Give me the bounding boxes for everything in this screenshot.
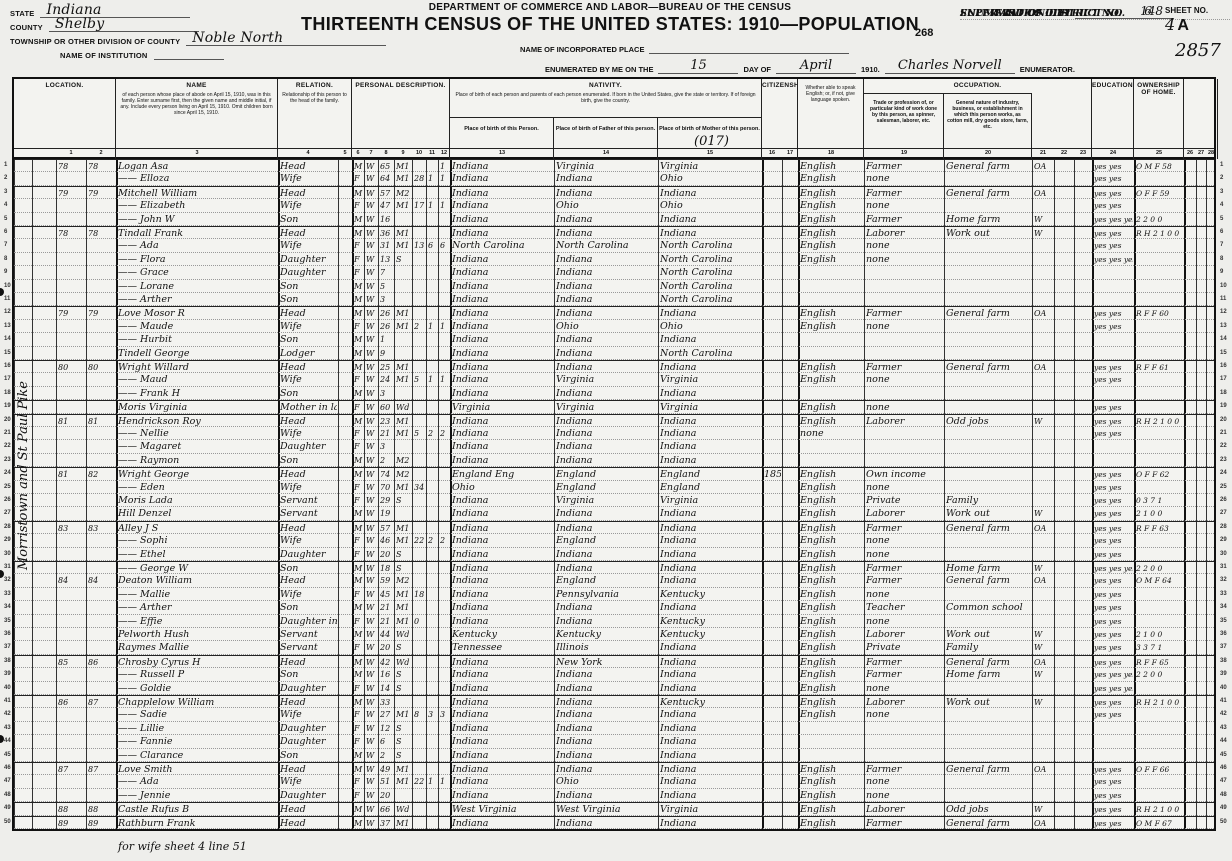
line-number: 7 [4, 242, 7, 248]
cell-sex: F [354, 172, 363, 184]
column-number: 21 [1032, 149, 1054, 157]
state-label: STATE [10, 9, 34, 18]
cell-lang: English [800, 199, 863, 211]
cell-age: 45 [380, 588, 393, 600]
column-number: 25 [1134, 149, 1184, 157]
cell-fb: Indiana [556, 307, 657, 318]
cell-rel: Servant [280, 628, 337, 640]
cell-yrs: 22 [414, 775, 425, 787]
column-group-title: RELATION. [278, 79, 351, 89]
cell-mb: Indiana [660, 562, 761, 573]
table-row: 8787Love SmithHeadMW49M1IndianaIndianaIn… [14, 762, 1214, 775]
cell-sex: F [354, 494, 363, 506]
cell-bp: Indiana [452, 454, 553, 466]
column-number: 5 [338, 149, 352, 157]
line-number: 29 [1220, 537, 1227, 543]
cell-fb: North Carolina [556, 239, 657, 251]
cell-own: O F F 59 [1136, 187, 1183, 198]
line-number: 28 [1220, 524, 1227, 530]
table-row: —— MaudWifeFW24M1511IndianaVirginiaVirgi… [14, 373, 1214, 386]
enumerated-line: ENUMERATED BY ME ON THE 15 DAY OF April … [545, 58, 1075, 74]
cell-age: 44 [380, 628, 393, 640]
cell-lang: English [800, 507, 863, 519]
cell-liv: 1 [440, 172, 449, 184]
cell-race: W [366, 789, 377, 801]
cell-age: 57 [380, 187, 393, 198]
cell-lang: English [800, 361, 863, 372]
cell-rel: Head [280, 656, 337, 667]
cell-race: W [366, 481, 377, 493]
line-number: 42 [1220, 711, 1227, 717]
cell-ed: yes yes [1094, 373, 1133, 385]
line-number: 8 [1220, 256, 1223, 262]
table-row: 8080Wright WillardHeadMW25M1IndianaIndia… [14, 360, 1214, 373]
cell-mb: Kentucky [660, 696, 761, 707]
cell-lang: English [800, 615, 863, 627]
cell-ed: yes yes [1094, 239, 1133, 251]
cell-mar: M1 [396, 239, 411, 251]
line-number: 6 [4, 229, 7, 235]
cell-name: —— Arther [118, 293, 277, 305]
cell-mb: Indiana [660, 427, 761, 439]
cell-bp: West Virginia [452, 803, 553, 814]
column-number: 3 [116, 149, 278, 157]
cell-rel: Head [280, 763, 337, 774]
cell-sex: M [354, 187, 363, 198]
cell-bp: Indiana [452, 172, 553, 184]
line-number: 16 [4, 363, 11, 369]
institution-label: NAME OF INSTITUTION [60, 51, 148, 60]
cell-lang: English [800, 522, 863, 533]
cell-ind: Family [946, 641, 1031, 653]
cell-sex: F [354, 239, 363, 251]
cell-sex: M [354, 803, 363, 814]
cell-liv: 1 [440, 199, 449, 211]
cell-bp: Indiana [452, 160, 553, 171]
cell-own: R H 2 1 0 0 [1136, 227, 1183, 238]
column-group-education: EDUCATION. [1092, 79, 1134, 159]
cell-ed: yes yes [1094, 534, 1133, 546]
cell-age: 49 [380, 763, 393, 774]
cell-age: 13 [380, 253, 393, 265]
cell-race: W [366, 615, 377, 627]
cell-mb: Indiana [660, 722, 761, 734]
cell-fb: England [556, 574, 657, 586]
cell-trade: Laborer [866, 415, 943, 426]
cell-mb: Kentucky [660, 615, 761, 627]
cell-race: W [366, 763, 377, 774]
cell-age: 3 [380, 293, 393, 305]
sheet-suffix: A [1177, 17, 1189, 34]
line-number: 4 [1220, 202, 1223, 208]
table-row: —— GraceDaughterFW7IndianaIndianaNorth C… [14, 266, 1214, 279]
cell-bp: Indiana [452, 227, 553, 238]
column-number: 13 [450, 149, 554, 157]
cell-name: —— Flora [118, 253, 277, 265]
table-row: —— George WSonMW18SIndianaIndianaIndiana… [14, 561, 1214, 574]
table-row: Hill DenzelServantMW19IndianaIndianaIndi… [14, 507, 1214, 520]
cell-bp: Indiana [452, 440, 553, 452]
cell-sex: F [354, 588, 363, 600]
cell-race: W [366, 682, 377, 694]
cell-dw: 79 [58, 187, 85, 198]
cell-rel: Daughter [280, 253, 337, 265]
table-row: —— ArtherSonMW21M1IndianaIndianaIndianaE… [14, 601, 1214, 614]
cell-fb: Indiana [556, 601, 657, 613]
cell-sex: M [354, 696, 363, 707]
cell-bp: Indiana [452, 588, 553, 600]
cell-mar: M1 [396, 172, 411, 184]
ward-value [1075, 18, 1165, 19]
line-number: 26 [1220, 497, 1227, 503]
cell-yrs: 2 [414, 320, 425, 332]
cell-fam: 87 [88, 763, 115, 774]
cell-mb: North Carolina [660, 280, 761, 292]
table-row: —— MagaretDaughterFW3IndianaIndianaIndia… [14, 440, 1214, 453]
cell-fb: Indiana [556, 615, 657, 627]
cell-rel: Servant [280, 507, 337, 519]
cell-rel: Wife [280, 708, 337, 720]
column-number: 23 [1074, 149, 1092, 157]
line-number: 15 [4, 350, 11, 356]
column-number: 11 [426, 149, 438, 157]
cell-fb: Indiana [556, 227, 657, 238]
cell-born: 1 [428, 172, 437, 184]
cell-mb: Indiana [660, 548, 761, 560]
cell-bp: Indiana [452, 199, 553, 211]
cell-ed: yes yes [1094, 187, 1133, 198]
column-number: 8 [378, 149, 394, 157]
cell-fb: Indiana [556, 722, 657, 734]
cell-mb: North Carolina [660, 347, 761, 359]
line-number: 33 [4, 591, 11, 597]
line-number: 49 [1220, 805, 1227, 811]
cell-mar: S [396, 722, 411, 734]
cell-fb: Indiana [556, 266, 657, 278]
cell-mar: M1 [396, 427, 411, 439]
line-number: 31 [1220, 564, 1227, 570]
cell-name: —— Arther [118, 601, 277, 613]
cell-bp: Kentucky [452, 628, 553, 640]
cell-mar: S [396, 682, 411, 694]
cell-name: Wright Willard [118, 361, 277, 372]
cell-race: W [366, 427, 377, 439]
cell-name: Love Smith [118, 763, 277, 774]
cell-yrs: 34 [414, 481, 425, 493]
line-number: 49 [4, 805, 11, 811]
cell-bp: Indiana [452, 548, 553, 560]
cell-ind: General farm [946, 656, 1031, 667]
cell-mar: S [396, 548, 411, 560]
cell-name: —— Eden [118, 481, 277, 493]
cell-emp: OA [1034, 574, 1053, 586]
cell-fam: 88 [88, 803, 115, 814]
cell-lang: English [800, 656, 863, 667]
cell-fb: Indiana [556, 427, 657, 439]
cell-name: —— Frank H [118, 387, 277, 399]
cell-ed: yes yes yes [1094, 682, 1133, 694]
cell-fam: 82 [88, 468, 115, 479]
cell-sex: M [354, 749, 363, 761]
cell-name: —— George W [118, 562, 277, 573]
line-number: 2 [4, 175, 7, 181]
column-group-personal-description: PERSONAL DESCRIPTION. [352, 79, 450, 159]
line-number: 41 [1220, 698, 1227, 704]
cell-ed: yes yes [1094, 320, 1133, 332]
cell-mb: Ohio [660, 320, 761, 332]
cell-dw: 86 [58, 696, 85, 707]
cell-rel: Daughter [280, 440, 337, 452]
cell-name: —— Ethel [118, 548, 277, 560]
column-number: 19 [864, 149, 944, 157]
cell-fb: Indiana [556, 187, 657, 198]
cell-mar: M1 [396, 160, 411, 171]
cell-race: W [366, 656, 377, 667]
line-number: 17 [1220, 376, 1227, 382]
line-number: 14 [4, 336, 11, 342]
cell-lang: English [800, 160, 863, 171]
cell-sex: M [354, 562, 363, 573]
cell-bp: Indiana [452, 387, 553, 399]
cell-sex: F [354, 615, 363, 627]
cell-race: W [366, 454, 377, 466]
cell-race: W [366, 415, 377, 426]
line-number: 30 [1220, 551, 1227, 557]
line-number: 34 [1220, 604, 1227, 610]
cell-age: 29 [380, 494, 393, 506]
table-row: —— AdaWifeFW31M11366North CarolinaNorth … [14, 239, 1214, 252]
line-number: 46 [1220, 765, 1227, 771]
cell-dw: 81 [58, 468, 85, 479]
column-group-title [1184, 79, 1217, 82]
cell-name: —— Raymon [118, 454, 277, 466]
table-row: —— ArtherSonMW3IndianaIndianaNorth Carol… [14, 293, 1214, 306]
cell-fb: New York [556, 656, 657, 667]
cell-ed: yes yes [1094, 615, 1133, 627]
cell-race: W [366, 708, 377, 720]
table-row: 7878Logan AsaHeadMW65M11IndianaVirginiaV… [14, 159, 1214, 172]
column-number: 24 [1092, 149, 1134, 157]
cell-sex: F [354, 440, 363, 452]
cell-mar: M1 [396, 320, 411, 332]
cell-name: —— Magaret [118, 440, 277, 452]
ward-label: WARD OF CITY [990, 8, 1071, 19]
cell-rel: Daughter [280, 548, 337, 560]
cell-mb: Indiana [660, 361, 761, 372]
cell-sex: F [354, 253, 363, 265]
cell-mb: England [660, 468, 761, 479]
table-row: —— MaudeWifeFW26M1211IndianaOhioOhioEngl… [14, 320, 1214, 333]
cell-fb: Pennsylvania [556, 588, 657, 600]
cell-bp: Indiana [452, 187, 553, 198]
cell-ed: yes yes [1094, 160, 1133, 171]
cell-fb: Indiana [556, 682, 657, 694]
column-group-title: EDUCATION. [1092, 79, 1133, 89]
cell-ind: Common school [946, 601, 1031, 613]
cell-age: 20 [380, 548, 393, 560]
cell-trade: none [866, 401, 943, 412]
cell-mb: Indiana [660, 307, 761, 318]
cell-mar: Wd [396, 803, 411, 814]
cell-emp: W [1034, 562, 1053, 573]
line-number: 44 [4, 738, 11, 744]
cell-mb: Indiana [660, 601, 761, 613]
cell-lang: English [800, 763, 863, 774]
cell-ed: yes yes [1094, 574, 1133, 586]
line-number: 20 [4, 417, 11, 423]
cell-mar: S [396, 562, 411, 573]
cell-own: 2 2 0 0 [1136, 668, 1183, 680]
cell-name: Hendrickson Roy [118, 415, 277, 426]
cell-race: W [366, 494, 377, 506]
cell-fb: Ohio [556, 320, 657, 332]
cell-race: W [366, 239, 377, 251]
line-number: 46 [4, 765, 11, 771]
line-number: 2 [1220, 175, 1223, 181]
cell-emp: OA [1034, 307, 1053, 318]
cell-born: 1 [428, 373, 437, 385]
stamp-number: 268 [915, 27, 933, 39]
cell-emp: W [1034, 803, 1053, 814]
cell-race: W [366, 696, 377, 707]
cell-mb: Indiana [660, 415, 761, 426]
cell-age: 64 [380, 172, 393, 184]
line-number: 37 [4, 644, 11, 650]
table-row: 8182Wright GeorgeHeadMW74M2England EngEn… [14, 467, 1214, 480]
cell-born: 1 [428, 199, 437, 211]
cell-trade: Farmer [866, 213, 943, 225]
enumerated-label: ENUMERATED BY ME ON THE [545, 65, 653, 74]
line-number: 23 [1220, 457, 1227, 463]
cell-bp: Indiana [452, 507, 553, 519]
cell-race: W [366, 401, 377, 412]
cell-mar: M1 [396, 199, 411, 211]
cell-race: W [366, 361, 377, 372]
cell-mb: Ohio [660, 172, 761, 184]
cell-bp: Indiana [452, 763, 553, 774]
cell-liv: 3 [440, 708, 449, 720]
line-number: 33 [1220, 591, 1227, 597]
cell-bp: Indiana [452, 333, 553, 345]
cell-ed: yes yes [1094, 481, 1133, 493]
cell-bp: Indiana [452, 266, 553, 278]
cell-rel: Servant [280, 641, 337, 653]
cell-rel: Wife [280, 239, 337, 251]
cell-bp: Virginia [452, 401, 553, 412]
cell-ind: General farm [946, 361, 1031, 372]
cell-rel: Son [280, 562, 337, 573]
cell-lang: English [800, 401, 863, 412]
sheet-label: SHEET NO. [1165, 6, 1208, 15]
cell-rel: Wife [280, 199, 337, 211]
cell-bp: Indiana [452, 817, 553, 828]
line-number: 48 [4, 792, 11, 798]
incorporated-place-value [649, 53, 849, 54]
cell-mar: M1 [396, 373, 411, 385]
table-row: —— FloraDaughterFW13SIndianaIndianaNorth… [14, 253, 1214, 266]
table-row: —— GoldieDaughterFW14SIndianaIndianaIndi… [14, 682, 1214, 695]
cell-fb: Indiana [556, 522, 657, 533]
cell-bp: Indiana [452, 775, 553, 787]
cell-sex: M [354, 387, 363, 399]
cell-sex: F [354, 534, 363, 546]
cell-liv: 6 [440, 239, 449, 251]
cell-mar: M1 [396, 775, 411, 787]
cell-ed: yes yes yes [1094, 668, 1133, 680]
cell-yrs: 5 [414, 427, 425, 439]
line-number: 5 [4, 216, 7, 222]
cell-race: W [366, 735, 377, 747]
cell-mar: S [396, 749, 411, 761]
cell-born: 2 [428, 427, 437, 439]
cell-fb: Indiana [556, 361, 657, 372]
cell-bp: Indiana [452, 320, 553, 332]
cell-mb: Indiana [660, 333, 761, 345]
cell-rel: Son [280, 454, 337, 466]
cell-race: W [366, 588, 377, 600]
cell-dw: 78 [58, 160, 85, 171]
cell-lang: English [800, 415, 863, 426]
cell-ind: Work out [946, 507, 1031, 519]
cell-own: 2 2 0 0 [1136, 562, 1183, 573]
table-row: —— FannieDaughterFW6SIndianaIndianaIndia… [14, 735, 1214, 748]
cell-emp: OA [1034, 361, 1053, 372]
cell-ed: yes yes [1094, 641, 1133, 653]
cell-rel: Son [280, 213, 337, 225]
cell-race: W [366, 507, 377, 519]
cell-name: —— Hurbit [118, 333, 277, 345]
cell-race: W [366, 803, 377, 814]
cell-bp: Indiana [452, 615, 553, 627]
side-margin-note: Morristown and St Paul Pike [16, 300, 36, 570]
cell-ed: yes yes [1094, 775, 1133, 787]
cell-dw: 85 [58, 656, 85, 667]
cell-fb: Ohio [556, 199, 657, 211]
cell-emp: W [1034, 507, 1053, 519]
cell-lang: English [800, 172, 863, 184]
year-label: 1910. [861, 65, 880, 74]
cell-rel: Wife [280, 427, 337, 439]
cell-mb: Indiana [660, 522, 761, 533]
cell-name: Love Mosor R [118, 307, 277, 318]
cell-trade: Laborer [866, 628, 943, 640]
cell-bp: Indiana [452, 601, 553, 613]
column-number: 26 [1184, 149, 1196, 157]
table-row: Tindell GeorgeLodgerMW9IndianaIndianaNor… [14, 347, 1214, 360]
cell-fb: Indiana [556, 333, 657, 345]
cell-race: W [366, 548, 377, 560]
cell-trade: none [866, 481, 943, 493]
cell-bp: Tennessee [452, 641, 553, 653]
line-number: 9 [1220, 269, 1223, 275]
cell-sex: M [354, 213, 363, 225]
cell-age: 46 [380, 534, 393, 546]
cell-mar: S [396, 494, 411, 506]
line-number: 16 [1220, 363, 1227, 369]
cell-rel: Daughter [280, 735, 337, 747]
cell-age: 36 [380, 227, 393, 238]
cell-emp: OA [1034, 187, 1053, 198]
column-group-misc [1184, 79, 1218, 159]
cell-lang: English [800, 628, 863, 640]
line-number: 5 [1220, 216, 1223, 222]
cell-age: 26 [380, 307, 393, 318]
column-group-title: OWNERSHIP OF HOME. [1134, 79, 1183, 96]
cell-race: W [366, 333, 377, 345]
cell-age: 19 [380, 507, 393, 519]
cell-rel: Wife [280, 320, 337, 332]
cell-name: —— Jennie [118, 789, 277, 801]
